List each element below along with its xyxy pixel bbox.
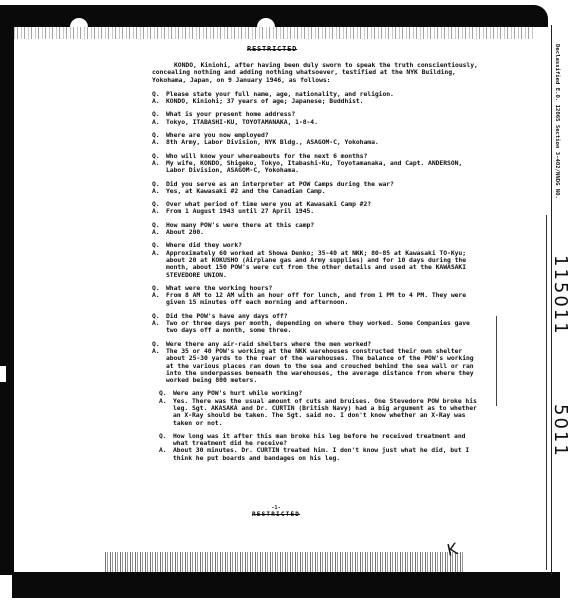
classification-footer: RESTRICTED [252, 511, 300, 518]
declassification-stamp: Declassified E.O. 12065 Section 3-402/NN… [548, 44, 560, 214]
answer: A.The 35 or 40 POW's working at the NKK … [152, 348, 482, 384]
qa-pair: Q.Were there any air-raid shelters where… [152, 341, 482, 385]
answer-text: Two or three days per month, depending o… [166, 320, 482, 335]
answer-text: My wife, KONDO, Shigeko, Tokyo, Itabashi… [166, 160, 482, 175]
answer-text: KONDO, Kiniohi; 37 years of age; Japanes… [166, 98, 482, 105]
answer-text: About 200. [166, 229, 482, 236]
question-marker: Q. [159, 433, 173, 448]
answer-marker: A. [152, 208, 166, 215]
testimony-document: KONDO, Kiniohi, after having been duly s… [152, 48, 482, 468]
stamp-rule-line [546, 215, 547, 570]
qa-pair: Q.How long was it after this man broke h… [159, 433, 482, 462]
answer: A.Tokyo, ITABASHI-KU, TOYOTAMANAKA, 1-8-… [152, 119, 482, 126]
answer-marker: A. [152, 292, 166, 307]
answer-marker: A. [152, 320, 166, 335]
qa-pair: Q.What were the working hours?A.From 8 A… [152, 285, 482, 307]
answer: A.Approximately 60 worked at Showa Denko… [152, 250, 482, 279]
answer-marker: A. [152, 98, 166, 105]
qa-pair: Q.Over what period of time were you at K… [152, 201, 482, 216]
qa-pair: Q.Did the POW's have any days off?A.Two … [152, 313, 482, 335]
answer: A.About 30 minutes. Dr. CURTIN treated h… [159, 447, 482, 462]
intro-paragraph: KONDO, Kiniohi, after having been duly s… [152, 62, 482, 84]
answer-text: About 30 minutes. Dr. CURTIN treated him… [173, 447, 482, 462]
qa-pair: Q.Who will know your whereabouts for the… [152, 153, 482, 175]
answer-text: Yes, at Kawasaki #2 and the Canadian Cam… [166, 188, 482, 195]
answer: A.My wife, KONDO, Shigeko, Tokyo, Itabas… [152, 160, 482, 175]
scan-frame-left [0, 5, 14, 575]
answer: A.From 1 August 1943 until 27 April 1945… [152, 208, 482, 215]
answer-marker: A. [159, 398, 173, 427]
answer: A.Yes. There was the usual amount of cut… [159, 398, 482, 427]
scan-artifact-line [496, 316, 497, 406]
question-text: How many POW's were there at this camp? [166, 222, 482, 229]
answer-marker: A. [152, 348, 166, 384]
answer: A.Two or three days per month, depending… [152, 320, 482, 335]
question-text: How long was it after this man broke his… [173, 433, 482, 448]
answer-marker: A. [152, 229, 166, 236]
scan-noise-top [14, 27, 534, 39]
qa-pair: Q.Were any POW's hurt while working?A.Ye… [159, 390, 482, 426]
answer-text: From 8 AM to 12 AM with an hour off for … [166, 292, 482, 307]
answer-text: The 35 or 40 POW's working at the NKK wa… [166, 348, 482, 384]
answer-marker: A. [152, 119, 166, 126]
qa-pair: Q.What is your present home address?A.To… [152, 111, 482, 126]
answer: A.KONDO, Kiniohi; 37 years of age; Japan… [152, 98, 482, 105]
answer-marker: A. [159, 447, 173, 462]
qa-pair: Q.Where are you now employed?A.8th Army,… [152, 132, 482, 147]
answer-text: Tokyo, ITABASHI-KU, TOYOTAMANAKA, 1-8-4. [166, 119, 482, 126]
answer-text: From 1 August 1943 until 27 April 1945. [166, 208, 482, 215]
answer: A.8th Army, Labor Division, NYK Bldg., A… [152, 139, 482, 146]
handwritten-number-2: 5011 [550, 404, 571, 458]
answer-marker: A. [152, 188, 166, 195]
page-footer: -1- RESTRICTED [252, 505, 300, 518]
handwritten-number-1: 115011 [550, 255, 571, 336]
answer: A.About 200. [152, 229, 482, 236]
answer-marker: A. [152, 250, 166, 279]
answer-text: Yes. There was the usual amount of cuts … [173, 398, 482, 427]
question: Q.How long was it after this man broke h… [159, 433, 482, 448]
answer-marker: A. [152, 139, 166, 146]
answer-text: Approximately 60 worked at Showa Denko; … [166, 250, 482, 279]
qa-pair: Q.Where did they work?A.Approximately 60… [152, 242, 482, 278]
scan-frame-bottom [12, 572, 560, 598]
qa-pair: Q.Please state your full name, age, nati… [152, 91, 482, 106]
answer: A.Yes, at Kawasaki #2 and the Canadian C… [152, 188, 482, 195]
answer-text: 8th Army, Labor Division, NYK Bldg., ASA… [166, 139, 482, 146]
scan-noise-bottom [105, 552, 465, 572]
qa-pair: Q.How many POW's were there at this camp… [152, 222, 482, 237]
qa-pair: Q.Did you serve as an interpreter at POW… [152, 181, 482, 196]
answer: A.From 8 AM to 12 AM with an hour off fo… [152, 292, 482, 307]
scan-frame-gap [0, 366, 6, 382]
qa-list: Q.Please state your full name, age, nati… [152, 91, 482, 462]
answer-marker: A. [152, 160, 166, 175]
